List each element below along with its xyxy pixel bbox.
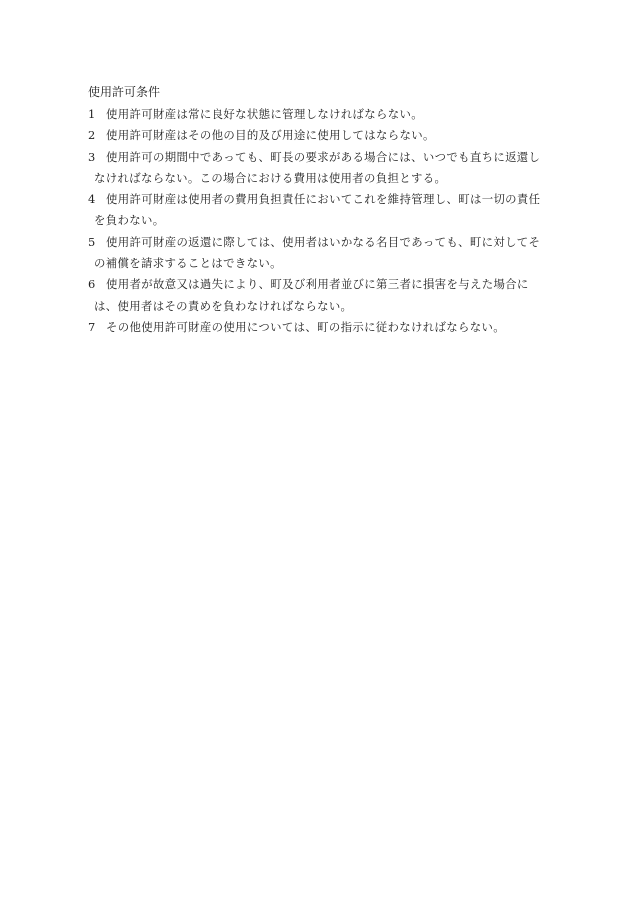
item-text: その他使用許可財産の使用については、町の指示に従わなければならない。 <box>106 320 505 334</box>
document-title: 使用許可条件 <box>88 82 554 103</box>
item-number: 5 <box>88 232 106 253</box>
item-line: 1使用許可財産は常に良好な状態に管理しなければならない。 <box>88 104 554 125</box>
item-text: 使用許可の期間中であっても、町長の要求がある場合には、いつでも直ちに返還し <box>106 150 540 164</box>
condition-item-3: 3使用許可の期間中であっても、町長の要求がある場合には、いつでも直ちに返還し な… <box>88 147 554 190</box>
item-number: 2 <box>88 125 106 146</box>
item-number: 6 <box>88 274 106 295</box>
item-text: 使用許可財産は常に良好な状態に管理しなければならない。 <box>106 107 423 121</box>
item-continuation: は、使用者はその責めを負わなければならない。 <box>88 296 554 317</box>
item-line: 5使用許可財産の返還に際しては、使用者はいかなる名目であっても、町に対してそ <box>88 232 554 253</box>
item-text: 使用許可財産はその他の目的及び用途に使用してはならない。 <box>106 128 435 142</box>
item-line: 2使用許可財産はその他の目的及び用途に使用してはならない。 <box>88 125 554 146</box>
item-line: 7その他使用許可財産の使用については、町の指示に従わなければならない。 <box>88 317 554 338</box>
item-number: 7 <box>88 317 106 338</box>
item-line: 3使用許可の期間中であっても、町長の要求がある場合には、いつでも直ちに返還し <box>88 147 554 168</box>
item-line: 4使用許可財産は使用者の費用負担責任においてこれを維持管理し、町は一切の責任 <box>88 189 554 210</box>
item-text: 使用許可財産の返還に際しては、使用者はいかなる名目であっても、町に対してそ <box>106 235 540 249</box>
condition-item-4: 4使用許可財産は使用者の費用負担責任においてこれを維持管理し、町は一切の責任 を… <box>88 189 554 232</box>
item-number: 1 <box>88 104 106 125</box>
document-page: 使用許可条件 1使用許可財産は常に良好な状態に管理しなければならない。 2使用許… <box>88 82 554 338</box>
item-text: 使用者が故意又は過失により、町及び利用者並びに第三者に損害を与えた場合に <box>106 277 529 291</box>
condition-item-2: 2使用許可財産はその他の目的及び用途に使用してはならない。 <box>88 125 554 146</box>
condition-item-5: 5使用許可財産の返還に際しては、使用者はいかなる名目であっても、町に対してそ の… <box>88 232 554 275</box>
item-continuation: を負わない。 <box>88 210 554 231</box>
item-number: 3 <box>88 147 106 168</box>
condition-item-6: 6使用者が故意又は過失により、町及び利用者並びに第三者に損害を与えた場合に は、… <box>88 274 554 317</box>
item-continuation: の補償を請求することはできない。 <box>88 253 554 274</box>
item-text: 使用許可財産は使用者の費用負担責任においてこれを維持管理し、町は一切の責任 <box>106 192 540 206</box>
condition-item-1: 1使用許可財産は常に良好な状態に管理しなければならない。 <box>88 104 554 125</box>
item-line: 6使用者が故意又は過失により、町及び利用者並びに第三者に損害を与えた場合に <box>88 274 554 295</box>
item-number: 4 <box>88 189 106 210</box>
item-continuation: なければならない。この場合における費用は使用者の負担とする。 <box>88 168 554 189</box>
condition-item-7: 7その他使用許可財産の使用については、町の指示に従わなければならない。 <box>88 317 554 338</box>
